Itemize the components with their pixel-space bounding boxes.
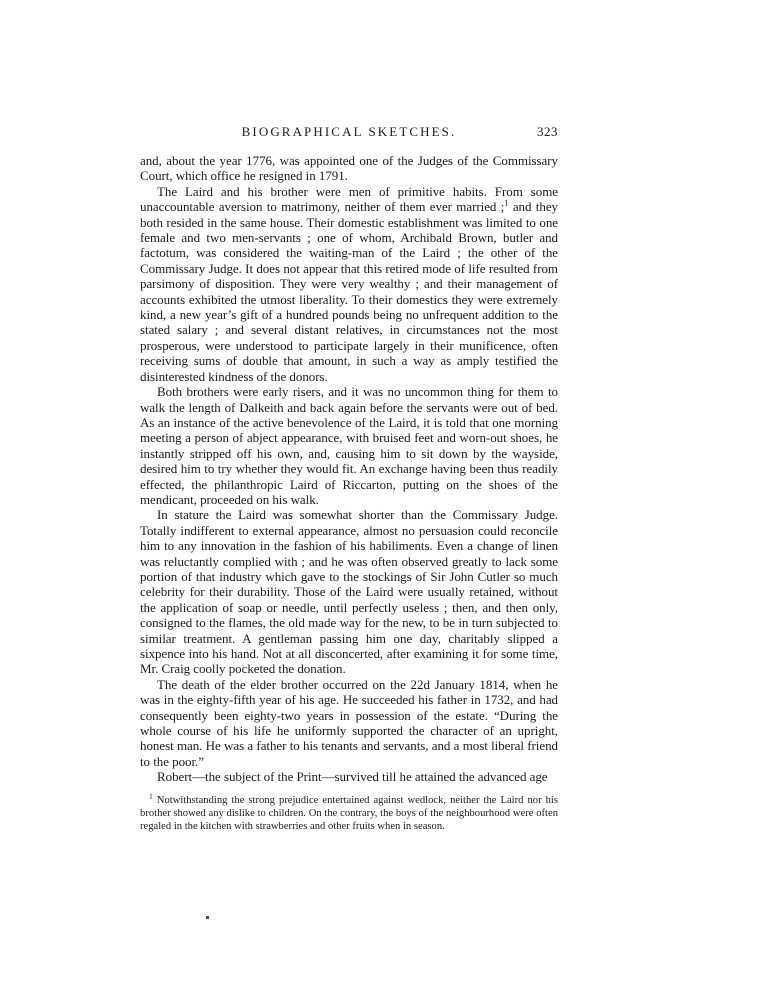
footnote-text: Notwithstanding the strong prejudice ent…	[140, 795, 558, 832]
paragraph-3: Both brothers were early risers, and it …	[140, 384, 558, 507]
paragraph-5: The death of the elder brother occurred …	[140, 677, 558, 769]
paragraph-1: and, about the year 1776, was appointed …	[140, 153, 558, 184]
running-head: BIOGRAPHICAL SKETCHES. 323	[140, 124, 558, 141]
paragraph-4: In stature the Laird was somewhat shorte…	[140, 507, 558, 676]
text-column: BIOGRAPHICAL SKETCHES. 323 and, about th…	[140, 124, 558, 833]
paragraph-6: Robert—the subject of the Print—survived…	[140, 769, 558, 784]
running-title: BIOGRAPHICAL SKETCHES.	[140, 124, 558, 140]
paragraph-2-text-after-note: and they both resided in the same house.…	[140, 199, 558, 383]
footnote: 1 Notwithstanding the strong prejudice e…	[140, 794, 558, 834]
body-text: and, about the year 1776, was appointed …	[140, 153, 558, 785]
paragraph-2: The Laird and his brother were men of pr…	[140, 184, 558, 384]
footnote-marker: 1	[149, 791, 153, 800]
paragraph-2-text-before-note: The Laird and his brother were men of pr…	[140, 184, 558, 214]
page-number: 323	[537, 124, 558, 140]
book-page: BIOGRAPHICAL SKETCHES. 323 and, about th…	[0, 0, 782, 1000]
ink-speck	[206, 916, 209, 919]
